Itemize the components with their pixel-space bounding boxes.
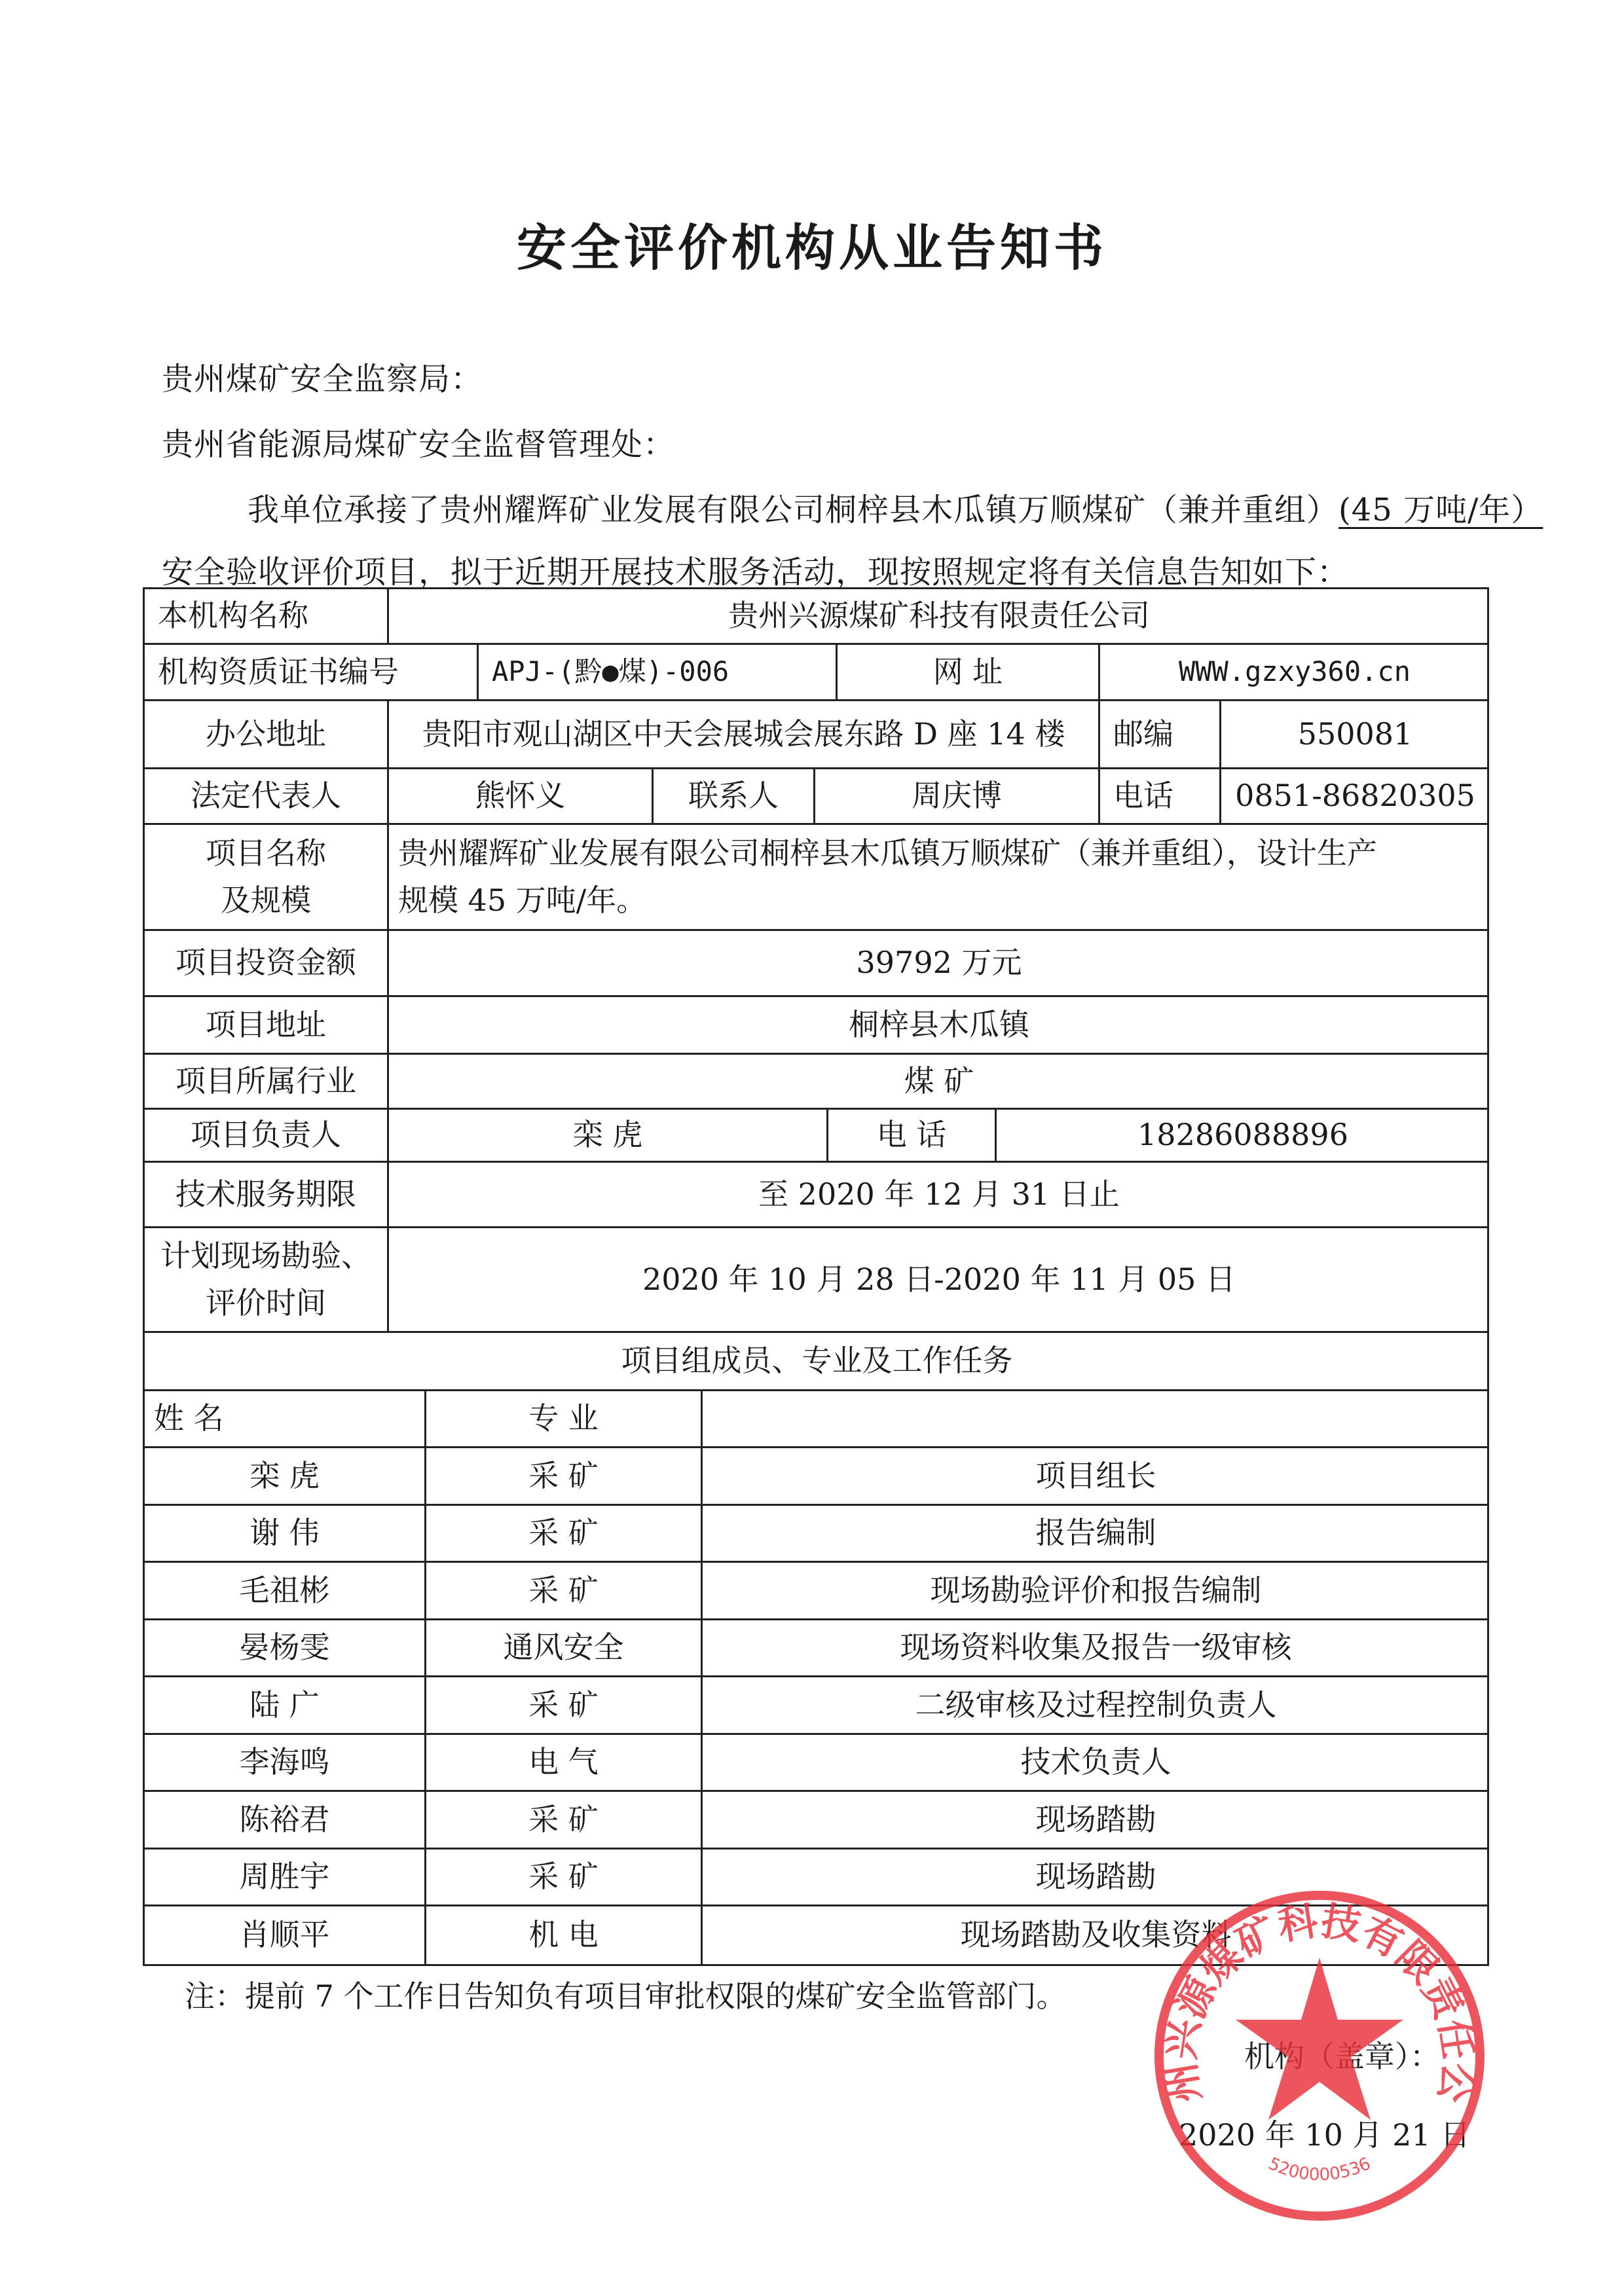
investment-label: 项目投资金额 bbox=[145, 931, 389, 997]
member-name: 李海鸣 bbox=[145, 1735, 426, 1792]
survey-label-line2: 评价时间 bbox=[206, 1285, 326, 1322]
website-value[interactable]: WWW.gzxy360.cn bbox=[1100, 645, 1489, 701]
project-name-value: 贵州耀辉矿业发展有限公司桐梓县木瓜镇万顺煤矿（兼并重组），设计生产 规模 45 … bbox=[389, 825, 1489, 931]
project-name-label: 项目名称 及规模 bbox=[145, 825, 389, 931]
intro-text: 我单位承接了贵州耀辉矿业发展有限公司桐梓县木瓜镇万顺煤矿（兼并重组） bbox=[248, 492, 1338, 528]
office-label: 办公地址 bbox=[145, 701, 389, 769]
member-name: 谢 伟 bbox=[145, 1506, 426, 1563]
seal-label: 机构（盖章）： bbox=[1244, 2033, 1440, 2076]
member-name: 栾 虎 bbox=[145, 1448, 426, 1506]
postcode-value: 550081 bbox=[1221, 701, 1489, 769]
project-name-label-line2: 及规模 bbox=[221, 882, 311, 920]
recipient-1: 贵州煤矿安全监察局： bbox=[162, 354, 483, 399]
survey-label-line1: 计划现场勘验、 bbox=[160, 1237, 371, 1275]
member-major: 采 矿 bbox=[426, 1677, 703, 1735]
location-value: 桐梓县木瓜镇 bbox=[389, 997, 1489, 1055]
member-major: 采 矿 bbox=[426, 1792, 703, 1850]
members-col-name: 姓 名 bbox=[145, 1391, 426, 1448]
manager-phone-label: 电 话 bbox=[828, 1110, 997, 1163]
seal-code: 5200000536 bbox=[1265, 2154, 1374, 2185]
member-name: 毛祖彬 bbox=[145, 1563, 426, 1620]
intro-line-2: 安全验收评价项目，拟于近期开展技术服务活动，现按照规定将有关信息告知如下： bbox=[162, 547, 1349, 592]
member-name: 周胜宇 bbox=[145, 1850, 426, 1906]
member-task: 现场踏勘及收集资料 bbox=[703, 1906, 1489, 1964]
service-period-value: 至 2020 年 12 月 31 日止 bbox=[389, 1163, 1489, 1228]
industry-label: 项目所属行业 bbox=[145, 1055, 389, 1110]
office-address: 贵阳市观山湖区中天会展城会展东路 D 座 14 楼 bbox=[389, 701, 1100, 769]
member-major: 采 矿 bbox=[426, 1448, 703, 1506]
investment-value: 39792 万元 bbox=[389, 931, 1489, 997]
member-name: 晏杨雯 bbox=[145, 1620, 426, 1677]
phone-label: 电话 bbox=[1100, 769, 1221, 825]
member-task: 现场踏勘 bbox=[703, 1792, 1489, 1850]
legal-rep-label: 法定代表人 bbox=[145, 769, 389, 825]
members-header: 项目组成员、专业及工作任务 bbox=[145, 1333, 1489, 1391]
project-name-line2: 规模 45 万吨/年。 bbox=[398, 882, 646, 920]
recipient-2: 贵州省能源局煤矿安全监督管理处： bbox=[162, 419, 675, 464]
member-major: 采 矿 bbox=[426, 1850, 703, 1906]
industry-value: 煤 矿 bbox=[389, 1055, 1489, 1110]
cert-number: APJ-(黔●煤)-006 bbox=[479, 645, 838, 701]
member-major: 通风安全 bbox=[426, 1620, 703, 1677]
project-name-label-line1: 项目名称 bbox=[206, 835, 326, 873]
member-major: 机 电 bbox=[426, 1906, 703, 1964]
member-name: 肖顺平 bbox=[145, 1906, 426, 1964]
members-col-major: 专 业 bbox=[426, 1391, 703, 1448]
svg-text:5200000536: 5200000536 bbox=[1265, 2154, 1374, 2185]
member-task: 二级审核及过程控制负责人 bbox=[703, 1677, 1489, 1735]
member-name: 陈裕君 bbox=[145, 1792, 426, 1850]
website-label: 网 址 bbox=[838, 645, 1100, 701]
members-col-task bbox=[703, 1391, 1489, 1448]
org-name-label: 本机构名称 bbox=[145, 589, 389, 645]
postcode-label: 邮编 bbox=[1100, 701, 1221, 769]
intro-capacity: (45 万吨/年） bbox=[1338, 492, 1543, 528]
survey-period-value: 2020 年 10 月 28 日-2020 年 11 月 05 日 bbox=[389, 1228, 1489, 1333]
org-name-value: 贵州兴源煤矿科技有限责任公司 bbox=[389, 589, 1489, 645]
contact-value: 周庆博 bbox=[815, 769, 1100, 825]
manager-label: 项目负责人 bbox=[145, 1110, 389, 1163]
signature-date: 2020 年 10 月 21 日 bbox=[1179, 2111, 1470, 2155]
document-title: 安全评价机构从业告知书 bbox=[0, 208, 1624, 280]
member-task: 技术负责人 bbox=[703, 1735, 1489, 1792]
member-major: 采 矿 bbox=[426, 1506, 703, 1563]
survey-label: 计划现场勘验、 评价时间 bbox=[145, 1228, 389, 1333]
manager-phone-value: 18286088896 bbox=[997, 1110, 1489, 1163]
member-task: 报告编制 bbox=[703, 1506, 1489, 1563]
manager-value: 栾 虎 bbox=[389, 1110, 828, 1163]
cert-label: 机构资质证书编号 bbox=[145, 645, 479, 701]
location-label: 项目地址 bbox=[145, 997, 389, 1055]
service-period-label: 技术服务期限 bbox=[145, 1163, 389, 1228]
footer-note: 注：提前 7 个工作日告知负有项目审批权限的煤矿安全监管部门。 bbox=[185, 1973, 1067, 2016]
member-major: 电 气 bbox=[426, 1735, 703, 1792]
legal-rep-value: 熊怀义 bbox=[389, 769, 654, 825]
member-task: 项目组长 bbox=[703, 1448, 1489, 1506]
member-major: 采 矿 bbox=[426, 1563, 703, 1620]
project-name-line1: 贵州耀辉矿业发展有限公司桐梓县木瓜镇万顺煤矿（兼并重组），设计生产 bbox=[398, 835, 1377, 873]
info-table: 本机构名称 贵州兴源煤矿科技有限责任公司 机构资质证书编号 APJ-(黔●煤)-… bbox=[143, 587, 1489, 1966]
member-task: 现场踏勘 bbox=[703, 1850, 1489, 1906]
member-task: 现场资料收集及报告一级审核 bbox=[703, 1620, 1489, 1677]
member-name: 陆 广 bbox=[145, 1677, 426, 1735]
phone-value: 0851-86820305 bbox=[1221, 769, 1489, 825]
contact-label: 联系人 bbox=[654, 769, 815, 825]
intro-paragraph: 我单位承接了贵州耀辉矿业发展有限公司桐梓县木瓜镇万顺煤矿（兼并重组）(45 万吨… bbox=[248, 484, 1543, 530]
member-task: 现场勘验评价和报告编制 bbox=[703, 1563, 1489, 1620]
